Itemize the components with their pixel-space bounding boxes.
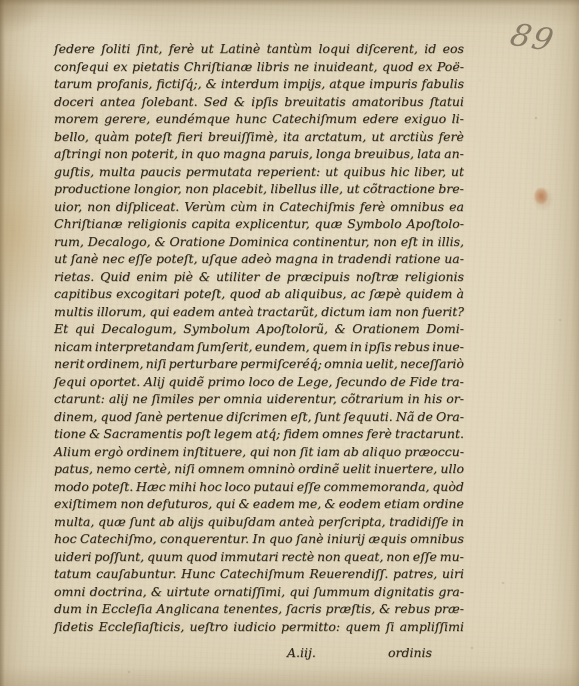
text-line: nicaminterpretandamſumſerit,eundem,quemi… [54, 338, 464, 356]
text-line: uideripoſſunt,quumquodimmutarirectènonqu… [54, 548, 464, 566]
text-line: ſequioportet.AlijquidẽprimolocodeLege,ſe… [54, 373, 464, 391]
text-line: ſedereſolitiſint,ferèutLatinètantùmloqui… [54, 40, 464, 58]
text-line: ſidetisEccleſiaſticis,ueſtroiudiciopermi… [54, 618, 464, 636]
text-line: aſtringinonpoterit,inquomagnaparuis,long… [54, 145, 464, 163]
handwritten-page-number: 89 [507, 17, 559, 59]
text-line: dinem,quodſanèpertenuediſcrimeneſt,ſuntſ… [54, 408, 464, 426]
text-line: tione&Sacramentispoſtlegematq́;fidemomne… [54, 425, 464, 443]
catchword: ordinis [388, 645, 432, 660]
text-line: docerianteaſolebant.Sed&ipſisbreuitatisa… [54, 93, 464, 111]
text-line: hocCatechiſmo,conquerentur.Inquoſanèiniu… [54, 530, 464, 548]
text-line: rum,Decalogo,&OrationeDominicacontinentu… [54, 233, 464, 251]
text-line: tatumcauſabuntur.HuncCatechiſmumReuerend… [54, 565, 464, 583]
text-line: patus,nemocertè,niſiomnemomninòordinẽuel… [54, 460, 464, 478]
text-line: exiſtimemnondefuturos,qui&eademme,&eodem… [54, 495, 464, 513]
text-line: guſtis,multapaucispermutatareperient:utq… [54, 163, 464, 181]
text-line: uior,nondiſpliceat.VerùmcùminCatechiſmis… [54, 198, 464, 216]
text-line: rietas.Quidenimpiè&utiliterdepræcipuisno… [54, 268, 464, 286]
text-line: tarumprofanis,fictiſq́;,&interdumimpijs,… [54, 75, 464, 93]
book-page-scan: 89 ſedereſolitiſint,ferèutLatinètantùmlo… [0, 0, 579, 686]
text-line: moremgerere,eundémquehuncCatechiſmumeder… [54, 110, 464, 128]
text-line: capitibusexcogitaripoteſt,quodabaliquibu… [54, 285, 464, 303]
text-line: EtquiDecalogum,SymbolumApoſtolorũ,&Orati… [54, 320, 464, 338]
text-line: bello,quàmpoteſtfieribreuiſſimè,itaarcta… [54, 128, 464, 146]
signature-line: A.iij. ordinis [54, 645, 464, 663]
signature-mark: A.iij. [287, 645, 316, 660]
text-line: Aliumergòordineminſtituere,quinonſitiama… [54, 443, 464, 461]
text-line: omnidoctrina,&uirtuteornatiſſimi,quiſumm… [54, 583, 464, 601]
text-line: Chriſtianæreligioniscapitaexplicentur,qu… [54, 215, 464, 233]
text-line: modopoteſt.Hæcmihihoclocoputauieſſecomme… [54, 478, 464, 496]
text-line: productionelongior,nonplacebit,libellusi… [54, 180, 464, 198]
text-line: ctarunt:alijneſimilesperomniauiderentur,… [54, 390, 464, 408]
text-line: utſanèneceſſepoteſt,uſqueadeòmagnaintrad… [54, 250, 464, 268]
text-block: ſedereſolitiſint,ferèutLatinètantùmloqui… [54, 40, 464, 635]
text-line: neritordinem,niſiperturbarepermiſceréq́;… [54, 355, 464, 373]
text-line: multisillorum,quieademanteàtractarũt,dic… [54, 303, 464, 321]
text-line: duminEccleſiaAnglicanatenentes,ſacrispræ… [54, 600, 464, 618]
text-line: conſequiexpietatisChriſtianælibrisneinui… [54, 58, 464, 76]
text-line: multa,quæſuntabalijsquibuſdamanteàperſcr… [54, 513, 464, 531]
